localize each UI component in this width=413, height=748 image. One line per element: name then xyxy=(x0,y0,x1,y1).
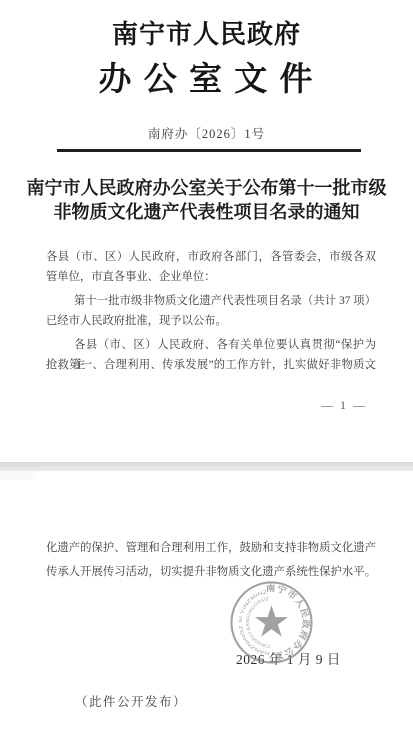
official-seal: 南宁市人民政府办公室 NANZNINGZ SI YINZMINZ CWNGFUJ… xyxy=(228,579,315,666)
body-line: 抢救第一、合理利用、传承发展”的工作方针，扎实做好非物质文 xyxy=(46,355,376,375)
page-break-band xyxy=(0,462,413,471)
official-seal-graphic: 南宁市人民政府办公室 NANZNINGZ SI YINZMINZ CWNGFUJ… xyxy=(228,579,315,666)
body-line: 各县（市、区）人民政府，市政府各部门，各管委会，市级各双 xyxy=(46,247,376,267)
org-name-line-2: 办 公 室 文 件 xyxy=(0,60,413,100)
body-line: 第十一批市级非物质文化遗产代表性项目名录（共计 37 项） xyxy=(46,291,376,311)
doc-number: 南府办〔2026〕1号 xyxy=(0,126,413,142)
document-title: 南宁市人民政府办公室关于公布第十一批市级 非物质文化遗产代表性项目名录的通知 xyxy=(0,176,413,224)
body-line: 化遗产的保护、管理和合理利用工作，鼓励和支持非物质文化遗产 xyxy=(46,536,376,560)
body-line: 各县（市、区）人民政府、各有关单位要认真贯彻“保护为主、 xyxy=(46,335,376,355)
public-release-note: （此件公开发布） xyxy=(75,692,187,710)
document-title-line-2: 非物质文化遗产代表性项目名录的通知 xyxy=(0,200,413,224)
org-name-line-1: 南宁市人民政府 xyxy=(0,20,413,50)
page2-corner-shade xyxy=(0,471,36,480)
body-line: 传承人开展传习活动，切实提升非物质文化遗产系统性保护水平。 xyxy=(46,560,376,584)
body-line: 已经市人民政府批准，现予以公布。 xyxy=(46,311,376,331)
document-title-line-1: 南宁市人民政府办公室关于公布第十一批市级 xyxy=(0,176,413,200)
body-line: 管单位，市直各事业、企业单位： xyxy=(46,267,376,287)
page2-body: 化遗产的保护、管理和合理利用工作，鼓励和支持非物质文化遗产 传承人开展传习活动，… xyxy=(46,536,376,584)
header-divider-line xyxy=(57,149,361,152)
page-number: — 1 — xyxy=(300,398,388,413)
page1-body: 各县（市、区）人民政府，市政府各部门，各管委会，市级各双 管单位，市直各事业、企… xyxy=(46,247,376,375)
star-icon xyxy=(255,605,288,636)
